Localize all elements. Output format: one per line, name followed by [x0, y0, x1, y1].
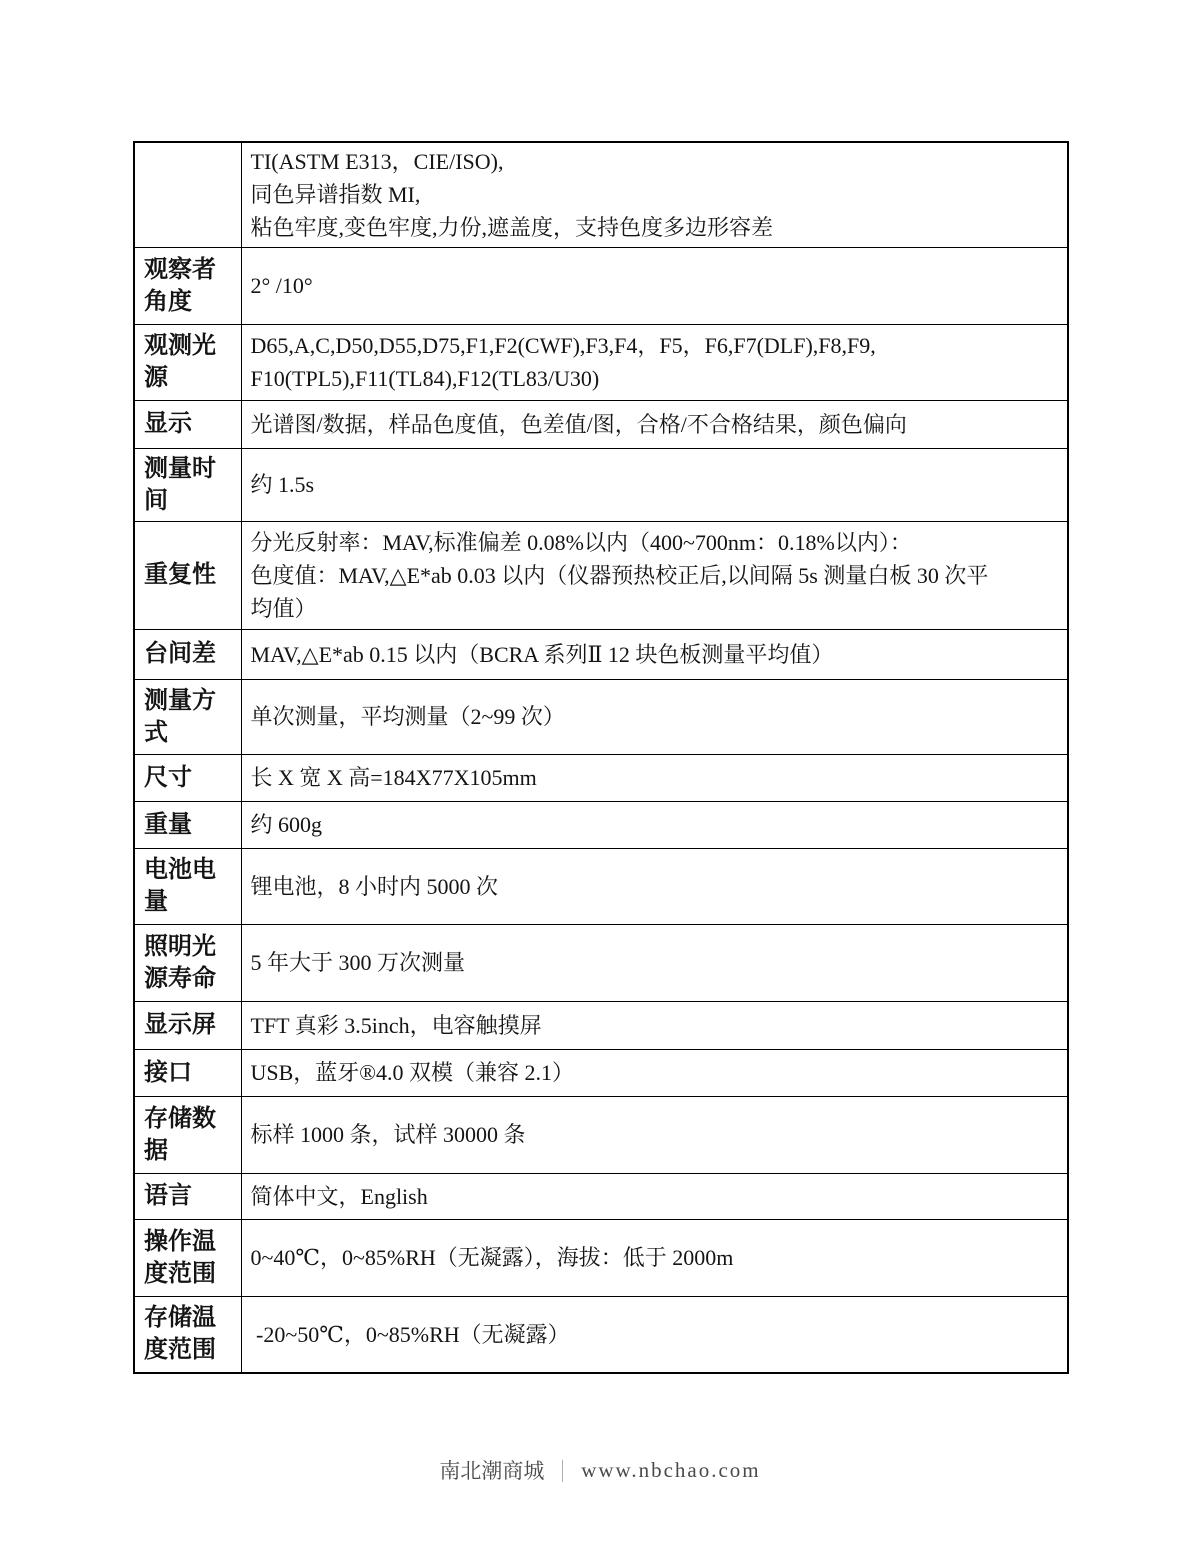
table-row: 台间差 MAV,△E*ab 0.15 以内（BCRA 系列Ⅱ 12 块色板测量平…	[134, 629, 1068, 679]
spec-label: 存储数 据	[134, 1096, 241, 1173]
spec-value: 5 年大于 300 万次测量	[241, 924, 1068, 1001]
table-row: 显示 光谱图/数据，样品色度值，色差值/图，合格/不合格结果，颜色偏向	[134, 400, 1068, 448]
spec-value: TI(ASTM E313，CIE/ISO), 同色异谱指数 MI, 粘色牢度,变…	[241, 142, 1068, 247]
spec-label: 台间差	[134, 629, 241, 679]
table-row: 电池电 量 锂电池，8 小时内 5000 次	[134, 848, 1068, 924]
spec-label: 重复性	[134, 521, 241, 629]
table-row: 显示屏 TFT 真彩 3.5inch，电容触摸屏	[134, 1001, 1068, 1049]
spec-value: -20~50℃，0~85%RH（无凝露）	[241, 1296, 1068, 1373]
footer-separator: |	[561, 1457, 564, 1484]
footer-url: www.nbchao.com	[581, 1458, 760, 1483]
spec-table: TI(ASTM E313，CIE/ISO), 同色异谱指数 MI, 粘色牢度,变…	[133, 141, 1069, 1374]
spec-label: 显示屏	[134, 1001, 241, 1049]
spec-value: USB，蓝牙®4.0 双模（兼容 2.1）	[241, 1049, 1068, 1096]
spec-label: 存储温 度范围	[134, 1296, 241, 1373]
spec-label: 操作温 度范围	[134, 1219, 241, 1296]
footer-site-name: 南北潮商城	[439, 1455, 544, 1485]
table-row: 存储温 度范围 -20~50℃，0~85%RH（无凝露）	[134, 1296, 1068, 1373]
spec-value: 分光反射率：MAV,标准偏差 0.08%以内（400~700nm：0.18%以内…	[241, 521, 1068, 629]
table-row: 语言 简体中文，English	[134, 1173, 1068, 1219]
spec-value: MAV,△E*ab 0.15 以内（BCRA 系列Ⅱ 12 块色板测量平均值）	[241, 629, 1068, 679]
spec-label: 显示	[134, 400, 241, 448]
spec-label: 测量方 式	[134, 679, 241, 754]
spec-label: 观察者 角度	[134, 247, 241, 324]
spec-value: 长 X 宽 X 高=184X77X105mm	[241, 754, 1068, 801]
spec-label: 语言	[134, 1173, 241, 1219]
spec-value: 2° /10°	[241, 247, 1068, 324]
table-row: TI(ASTM E313，CIE/ISO), 同色异谱指数 MI, 粘色牢度,变…	[134, 142, 1068, 247]
spec-label: 接口	[134, 1049, 241, 1096]
table-row: 重量 约 600g	[134, 801, 1068, 848]
spec-label: 电池电 量	[134, 848, 241, 924]
spec-value: 0~40℃，0~85%RH（无凝露），海拔：低于 2000m	[241, 1219, 1068, 1296]
table-row: 尺寸 长 X 宽 X 高=184X77X105mm	[134, 754, 1068, 801]
spec-label: 照明光 源寿命	[134, 924, 241, 1001]
spec-value: 光谱图/数据，样品色度值，色差值/图，合格/不合格结果，颜色偏向	[241, 400, 1068, 448]
table-row: 接口 USB，蓝牙®4.0 双模（兼容 2.1）	[134, 1049, 1068, 1096]
spec-value: 简体中文，English	[241, 1173, 1068, 1219]
spec-label: 尺寸	[134, 754, 241, 801]
spec-value: 单次测量，平均测量（2~99 次）	[241, 679, 1068, 754]
table-row: 观测光 源 D65,A,C,D50,D55,D75,F1,F2(CWF),F3,…	[134, 324, 1068, 400]
spec-label: 测量时 间	[134, 448, 241, 521]
spec-value: TFT 真彩 3.5inch，电容触摸屏	[241, 1001, 1068, 1049]
spec-value: 约 1.5s	[241, 448, 1068, 521]
spec-value: 锂电池，8 小时内 5000 次	[241, 848, 1068, 924]
spec-label: 重量	[134, 801, 241, 848]
table-row: 照明光 源寿命 5 年大于 300 万次测量	[134, 924, 1068, 1001]
spec-document-page: TI(ASTM E313，CIE/ISO), 同色异谱指数 MI, 粘色牢度,变…	[0, 0, 1200, 1552]
table-row: 存储数 据 标样 1000 条，试样 30000 条	[134, 1096, 1068, 1173]
spec-value: 约 600g	[241, 801, 1068, 848]
spec-value: 标样 1000 条，试样 30000 条	[241, 1096, 1068, 1173]
spec-label: 观测光 源	[134, 324, 241, 400]
footer: 南北潮商城 | www.nbchao.com	[0, 1455, 1200, 1485]
table-row: 操作温 度范围 0~40℃，0~85%RH（无凝露），海拔：低于 2000m	[134, 1219, 1068, 1296]
spec-label	[134, 142, 241, 247]
table-row: 观察者 角度 2° /10°	[134, 247, 1068, 324]
table-row: 测量时 间 约 1.5s	[134, 448, 1068, 521]
table-row: 测量方 式 单次测量，平均测量（2~99 次）	[134, 679, 1068, 754]
table-row: 重复性 分光反射率：MAV,标准偏差 0.08%以内（400~700nm：0.1…	[134, 521, 1068, 629]
spec-value: D65,A,C,D50,D55,D75,F1,F2(CWF),F3,F4，F5，…	[241, 324, 1068, 400]
